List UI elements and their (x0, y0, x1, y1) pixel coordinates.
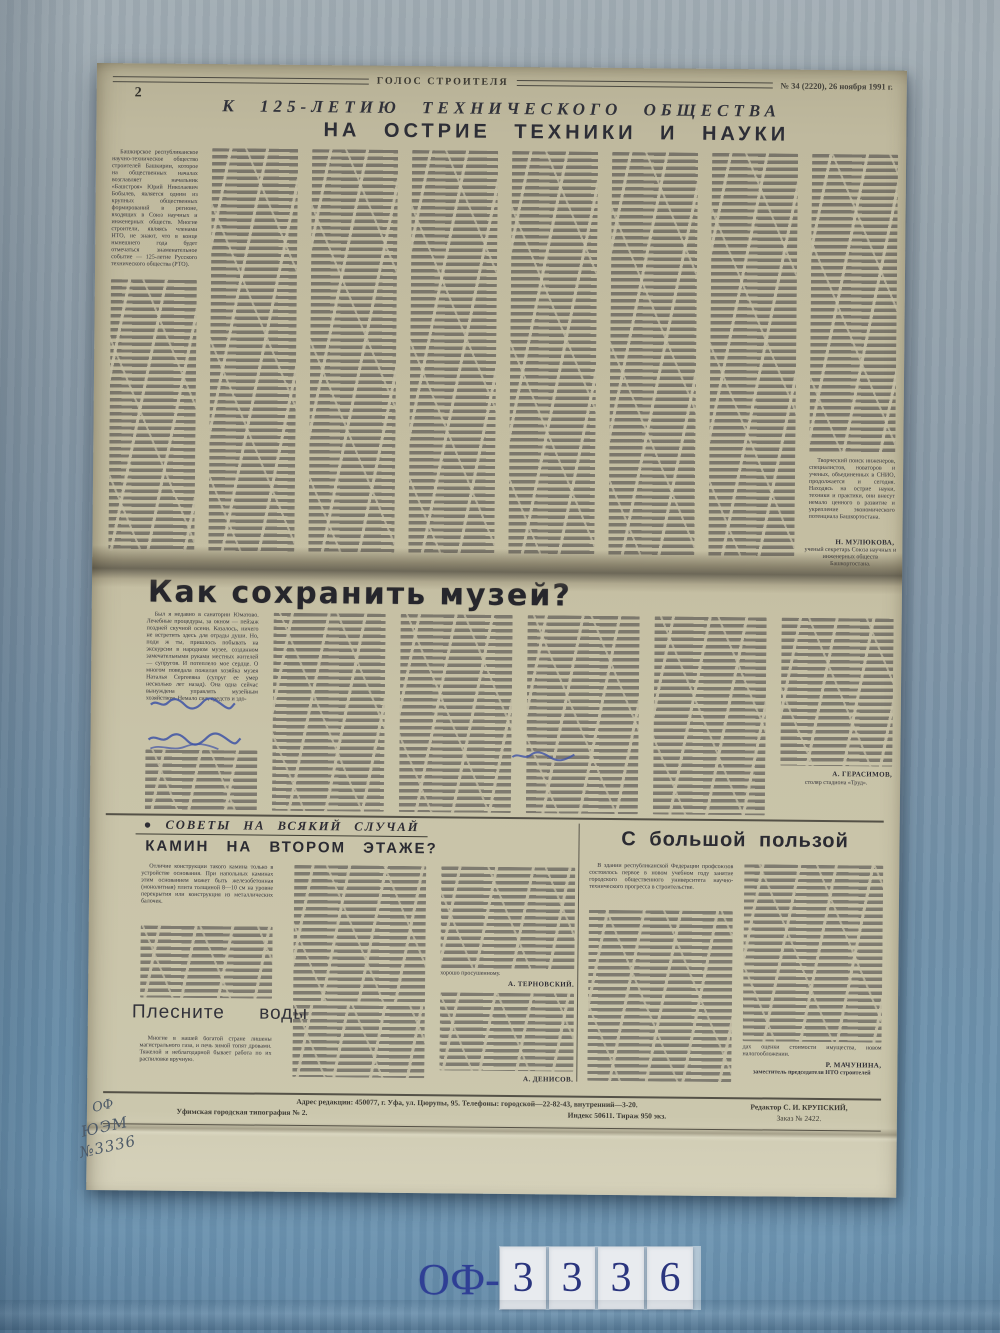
masthead-rule-left (113, 76, 369, 84)
lecture-byline-role: заместитель председателя НТО строителей (742, 1069, 881, 1077)
text-column (140, 925, 273, 998)
advice-body-text: Отличие конструкции такого камина только… (141, 863, 274, 924)
text-column (399, 614, 513, 813)
text-column (809, 154, 898, 455)
masthead-issue: № 34 (2220), 26 ноября 1991 г. (781, 80, 893, 91)
text-column (743, 864, 884, 1042)
lecture-byline: Р. МАЧУНИНА, (742, 1060, 881, 1069)
text-column (780, 618, 893, 767)
photo-background: 2 ГОЛОС СТРОИТЕЛЯ № 34 (2220), 26 ноября… (0, 0, 1000, 1333)
footer-circulation: Индекс 50611. Тираж 950 экз. (487, 1110, 747, 1121)
text-column (272, 613, 386, 812)
museum-body-text: Был я недавно в санатории Юматово. Лечеб… (145, 612, 258, 747)
text-column (708, 153, 798, 558)
water-byline: А. ДЕНИСОВ. (439, 1074, 573, 1083)
text-column (108, 279, 197, 552)
museum-byline: А. ГЕРАСИМОВ, (780, 770, 892, 779)
text-column (439, 992, 574, 1071)
masthead: ГОЛОС СТРОИТЕЛЯ № 34 (2220), 26 ноября 1… (113, 73, 893, 91)
advice-byline: А. ТЕРНОВСКИЙ. (440, 979, 574, 988)
advice-closing-text: хорошо просушенному. (440, 970, 574, 979)
ink-scribble (146, 732, 242, 755)
text-column (608, 152, 698, 557)
footer-printer: Уфимская городская типография № 2. (117, 1106, 367, 1117)
masthead-title: ГОЛОС СТРОИТЕЛЯ (377, 76, 509, 88)
museum-byline-role: столяр стадиона «Труд». (780, 780, 892, 788)
lead-closing-text: Творческий поиск инженеров, специалистов… (808, 458, 895, 537)
text-column (208, 148, 298, 553)
lecture-body-text: В здании республиканской Федерации профс… (589, 863, 733, 908)
footer-order: Заказ № 2422. (717, 1113, 881, 1124)
text-column (526, 615, 640, 814)
advice-kicker: ● СОВЕТЫ НА ВСЯКИЙ СЛУЧАЙ (136, 817, 428, 837)
lead-byline-role: ученый секретарь Союза научных и инженер… (804, 547, 896, 569)
text-column (292, 1005, 425, 1078)
lecture-headline: С большой пользой (586, 828, 883, 854)
lead-byline: Н. МУЛЮКОВА, (808, 538, 894, 547)
ink-scribble (149, 696, 237, 713)
text-column (408, 150, 498, 555)
masthead-rule-right (517, 80, 773, 88)
text-column (653, 616, 767, 815)
lead-body-text: Башкирское республиканское научно-технич… (111, 149, 198, 276)
footer-rule-bottom (103, 1123, 881, 1131)
column-divider (576, 824, 579, 1082)
footer-editor: Редактор С. И. КРУПСКИЙ, (717, 1102, 881, 1113)
handwritten-archive-mark: ОФ ЮЭМ №3336 (69, 1092, 138, 1163)
water-body-text: Многие в нашей богатой стране лишены маг… (139, 1035, 271, 1076)
newspaper-page: 2 ГОЛОС СТРОИТЕЛЯ № 34 (2220), 26 ноября… (86, 63, 907, 1198)
lecture-closing-text: дах оценки стоимости имущества, новом на… (742, 1044, 881, 1060)
museum-headline: Как сохранить музей? (148, 575, 630, 615)
lead-kicker: К 125-ЛЕТИЮ ТЕХНИЧЕСКОГО ОБЩЕСТВА (97, 95, 907, 123)
text-column (293, 865, 426, 1002)
text-column (587, 910, 733, 1082)
advice-headline: КАМИН НА ВТОРОМ ЭТАЖЕ? (131, 837, 451, 857)
text-column (308, 149, 398, 554)
fabric-fold (0, 1300, 1000, 1330)
ink-scribble (510, 749, 576, 764)
text-column (440, 866, 575, 969)
text-column (145, 749, 258, 810)
lead-headline: НА ОСТРИЕ ТЕХНИКИ И НАУКИ (246, 118, 866, 147)
text-column (508, 151, 598, 556)
